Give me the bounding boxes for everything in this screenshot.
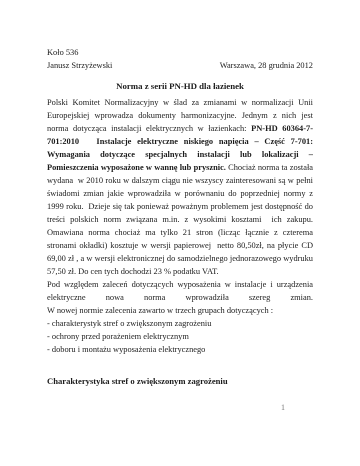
document-page: Koło 536 Janusz Strzyżewski Warszawa, 28… [0, 0, 360, 466]
text-segment: Chociaż norma ta została [226, 163, 313, 172]
text-line: 701:2010 Instalacje elektryczne niskiego… [47, 135, 313, 148]
text-line: W nowej normie zalecenia zawarto w trzec… [47, 304, 313, 317]
dateline: Warszawa, 28 grudnia 2012 [220, 59, 313, 72]
text-line: Europejskiej wprowadza dokumenty harmoni… [47, 109, 313, 122]
text-segment: Omawiana norma chociaż ma tylko 21 stron… [47, 228, 313, 237]
text-segment: Pod względem zaleceń dotyczących wyposaż… [47, 280, 313, 289]
text-segment: - doboru i montażu wyposażenia elektrycz… [47, 345, 205, 354]
byline-row: Janusz Strzyżewski Warszawa, 28 grudnia … [47, 59, 313, 72]
text-segment: wydana w 2010 roku w dalszym ciągu nie w… [47, 176, 313, 185]
text-segment: stronami okładki) kosztuje w wersji papi… [47, 241, 313, 250]
author-name: Janusz Strzyżewski [47, 59, 112, 72]
body-text: Polski Komitet Normalizacyjny w ślad za … [47, 96, 313, 356]
text-line: 57,50 zł. Do cen tych dochodzi 23 % poda… [47, 265, 313, 278]
text-line: stronami okładki) kosztuje w wersji papi… [47, 239, 313, 252]
text-line: norma dotycząca instalacji elektrycznych… [47, 122, 313, 135]
text-line: - ochrony przed porażeniem elektrycznym [47, 330, 313, 343]
text-segment: W nowej normie zalecenia zawarto w trzec… [47, 306, 273, 315]
text-segment: elektryczne nowa norma wprowadziła szere… [47, 293, 313, 302]
text-segment: świadomi zmian jakie wprowadziła w porów… [47, 189, 313, 198]
page-number: 1 [281, 403, 285, 413]
text-line: wydana w 2010 roku w dalszym ciągu nie w… [47, 174, 313, 187]
text-line: Polski Komitet Normalizacyjny w ślad za … [47, 96, 313, 109]
text-column: Koło 536 Janusz Strzyżewski Warszawa, 28… [47, 46, 313, 388]
text-segment: Polski Komitet Normalizacyjny w ślad za … [47, 98, 313, 107]
text-segment: 1999 roku. Dzieje się tak ponieważ poważ… [47, 202, 313, 211]
text-line: 1999 roku. Dzieje się tak ponieważ poważ… [47, 200, 313, 213]
text-segment: norma dotycząca instalacji elektrycznych… [47, 124, 251, 133]
text-segment: 69,00 zł , a w wersji elektronicznej do … [47, 254, 313, 263]
text-line: Pomieszczenia wyposażone w wannę lub pry… [47, 161, 313, 174]
text-line: świadomi zmian jakie wprowadziła w porów… [47, 187, 313, 200]
bold-text-segment: Pomieszczenia wyposażone w wannę lub pry… [47, 163, 226, 172]
bold-text-segment: 701:2010 Instalacje elektryczne niskiego… [47, 137, 313, 146]
text-line: treści polskich norm związana m.in. z wy… [47, 213, 313, 226]
bold-text-segment: Wymagania dotyczące specjalnych instalac… [47, 150, 313, 159]
text-line: 69,00 zł , a w wersji elektronicznej do … [47, 252, 313, 265]
text-segment: - charakterystyk stref o zwiększonym zag… [47, 319, 211, 328]
text-line: - doboru i montażu wyposażenia elektrycz… [47, 343, 313, 356]
text-segment: 57,50 zł. Do cen tych dochodzi 23 % poda… [47, 267, 219, 276]
document-title: Norma z serii PN-HD dla łazienek [47, 80, 313, 93]
text-line: Pod względem zaleceń dotyczących wyposaż… [47, 278, 313, 291]
text-line: elektryczne nowa norma wprowadziła szere… [47, 291, 313, 304]
text-line: - charakterystyk stref o zwiększonym zag… [47, 317, 313, 330]
text-line: Wymagania dotyczące specjalnych instalac… [47, 148, 313, 161]
bold-text-segment: PN-HD 60364-7- [251, 124, 313, 133]
text-segment: - ochrony przed porażeniem elektrycznym [47, 332, 189, 341]
text-line: Omawiana norma chociaż ma tylko 21 stron… [47, 226, 313, 239]
text-segment: treści polskich norm związana m.in. z wy… [47, 215, 313, 224]
section-heading: Charakterystyka stref o zwiększonym zagr… [47, 375, 313, 388]
circle-number: Koło 536 [47, 46, 313, 59]
text-segment: Europejskiej wprowadza dokumenty harmoni… [47, 111, 313, 120]
